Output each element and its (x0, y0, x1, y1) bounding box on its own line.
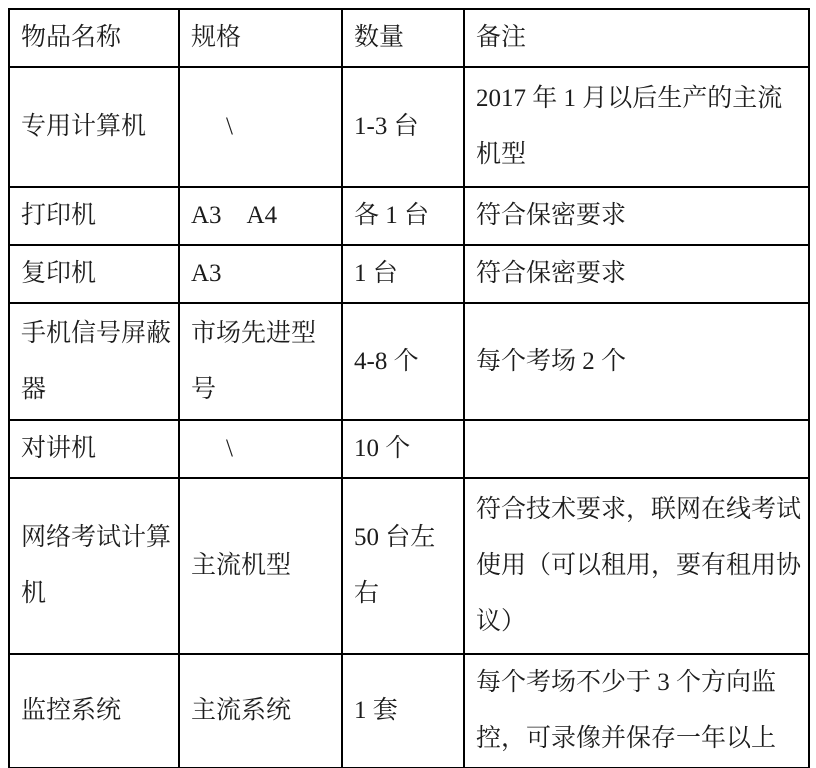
cell-item-name: 网络考试计算 机 (9, 478, 179, 654)
cell-item-name: 复印机 (9, 245, 179, 303)
col-header-item-name: 物品名称 (9, 9, 179, 67)
table-row: 手机信号屏蔽 器 市场先进型 号 4-8 个 每个考场 2 个 (9, 303, 809, 420)
cell-remark: 符合保密要求 (464, 245, 809, 303)
cell-spec: 市场先进型 号 (179, 303, 342, 420)
cell-quantity: 10 个 (342, 420, 464, 478)
cell-item-name: 监控系统 (9, 654, 179, 768)
header-row: 物品名称 规格 数量 备注 (9, 9, 809, 67)
cell-spec: A3 (179, 245, 342, 303)
cell-remark (464, 420, 809, 478)
cell-remark: 符合保密要求 (464, 187, 809, 245)
cell-remark: 每个考场不少于 3 个方向监 控，可录像并保存一年以上 (464, 654, 809, 768)
cell-remark: 符合技术要求，联网在线考试 使用（可以租用，要有租用协 议） (464, 478, 809, 654)
cell-spec: 主流系统 (179, 654, 342, 768)
cell-quantity: 1-3 台 (342, 67, 464, 187)
table-row: 对讲机 \ 10 个 (9, 420, 809, 478)
cell-quantity: 1 套 (342, 654, 464, 768)
cell-spec: 主流机型 (179, 478, 342, 654)
cell-item-name: 对讲机 (9, 420, 179, 478)
table-row: 网络考试计算 机 主流机型 50 台左 右 符合技术要求，联网在线考试 使用（可… (9, 478, 809, 654)
cell-quantity: 各 1 台 (342, 187, 464, 245)
table-row: 监控系统 主流系统 1 套 每个考场不少于 3 个方向监 控，可录像并保存一年以… (9, 654, 809, 768)
cell-spec: A3 A4 (179, 187, 342, 245)
cell-item-name: 专用计算机 (9, 67, 179, 187)
cell-remark: 2017 年 1 月以后生产的主流 机型 (464, 67, 809, 187)
cell-remark: 每个考场 2 个 (464, 303, 809, 420)
cell-spec: \ (179, 67, 342, 187)
equipment-table: 物品名称 规格 数量 备注 专用计算机 \ 1-3 台 2017 年 1 月以后… (8, 8, 810, 768)
cell-item-name: 手机信号屏蔽 器 (9, 303, 179, 420)
col-header-spec: 规格 (179, 9, 342, 67)
cell-item-name: 打印机 (9, 187, 179, 245)
cell-quantity: 50 台左 右 (342, 478, 464, 654)
cell-spec: \ (179, 420, 342, 478)
document-page: 物品名称 规格 数量 备注 专用计算机 \ 1-3 台 2017 年 1 月以后… (0, 0, 816, 768)
cell-quantity: 1 台 (342, 245, 464, 303)
cell-quantity: 4-8 个 (342, 303, 464, 420)
table-row: 复印机 A3 1 台 符合保密要求 (9, 245, 809, 303)
table-row: 打印机 A3 A4 各 1 台 符合保密要求 (9, 187, 809, 245)
col-header-remark: 备注 (464, 9, 809, 67)
table-body: 专用计算机 \ 1-3 台 2017 年 1 月以后生产的主流 机型 打印机 A… (9, 67, 809, 768)
col-header-quantity: 数量 (342, 9, 464, 67)
table-row: 专用计算机 \ 1-3 台 2017 年 1 月以后生产的主流 机型 (9, 67, 809, 187)
